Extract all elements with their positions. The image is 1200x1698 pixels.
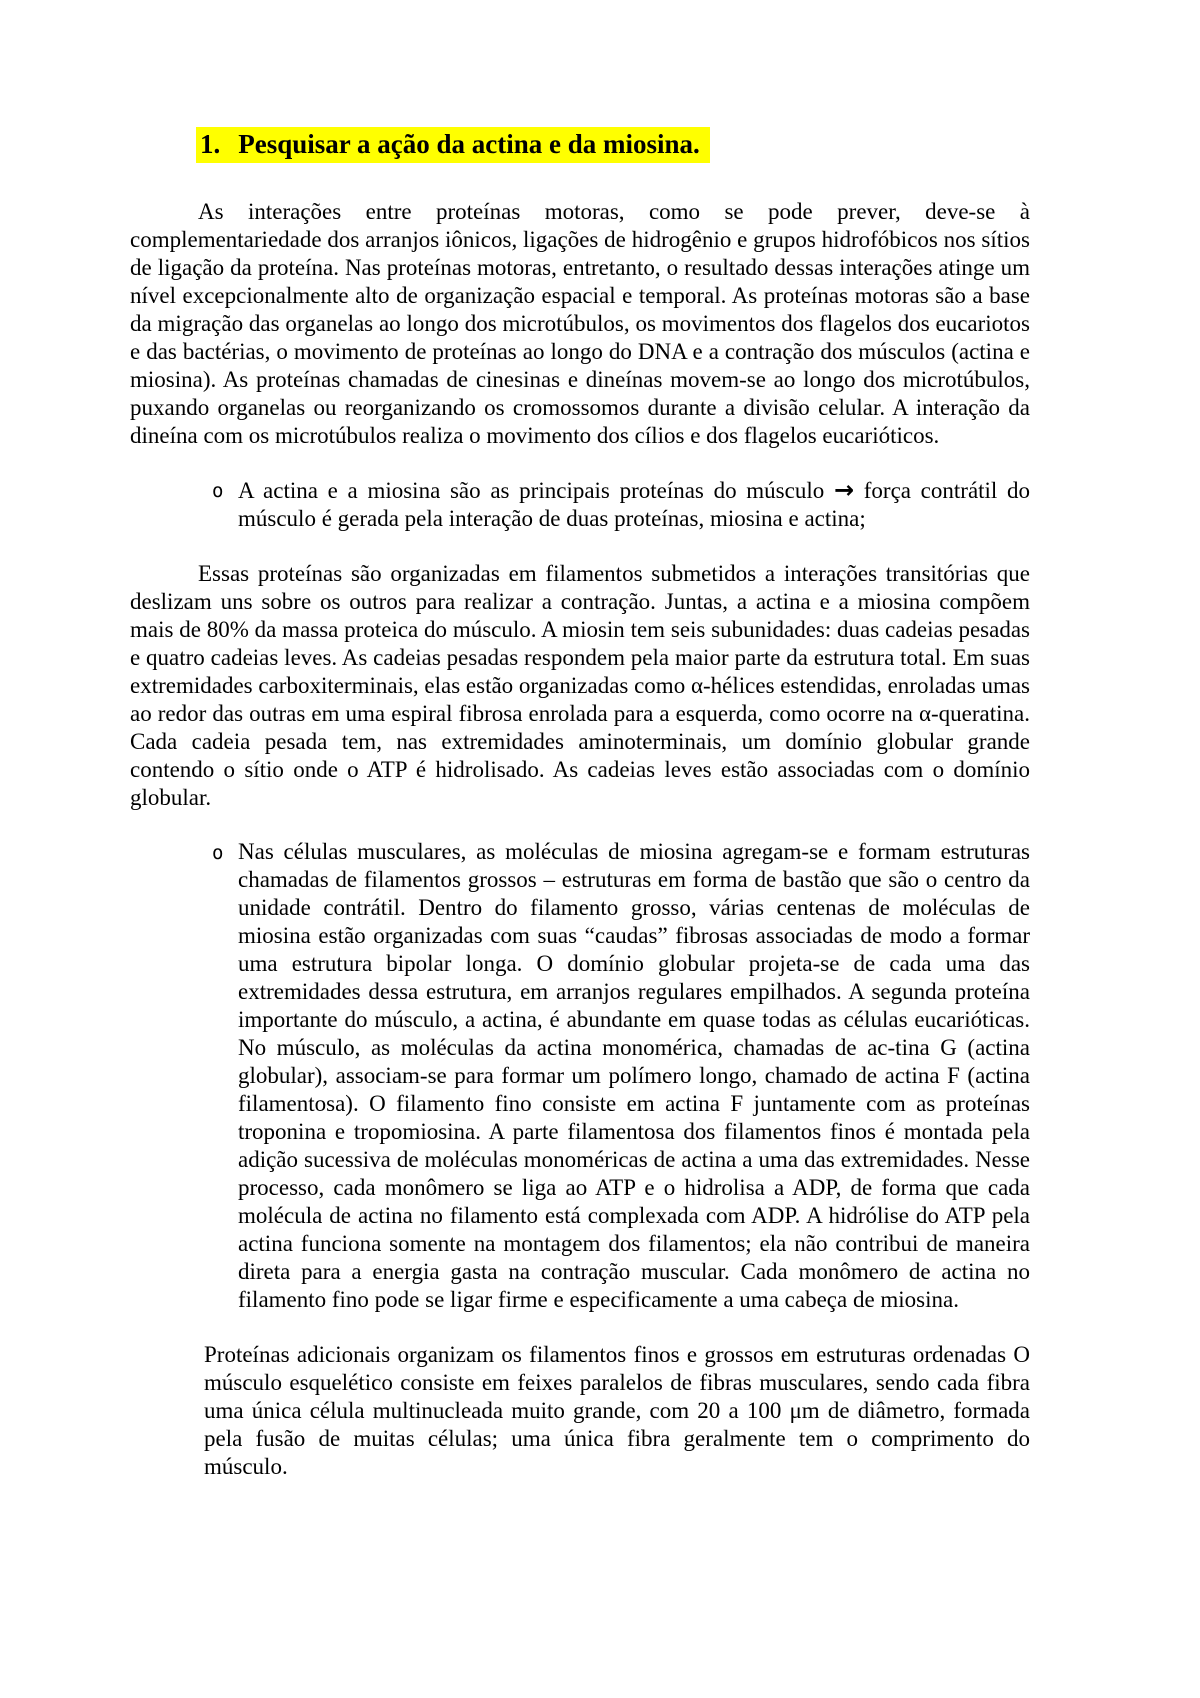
paragraph-additional-proteins: Proteínas adicionais organizam os filame… <box>204 1341 1030 1481</box>
bullet-muscle-cells-thick-filaments: o Nas células musculares, as moléculas d… <box>130 838 1030 1314</box>
document-page: 1.Pesquisar a ação da actina e da miosin… <box>0 0 1200 1698</box>
heading-title: Pesquisar a ação da actina e da miosina. <box>238 129 700 159</box>
bullet-actin-myosin-main-proteins: o A actina e a miosina são as principais… <box>130 476 1030 533</box>
heading-highlight: 1.Pesquisar a ação da actina e da miosin… <box>196 127 710 163</box>
paragraph-motor-protein-interactions: As interações entre proteínas motoras, c… <box>130 198 1030 450</box>
bullet-1-text-before-arrow: A actina e a miosina são as principais p… <box>238 478 824 503</box>
heading-number: 1. <box>200 129 220 159</box>
right-arrow-icon: → <box>834 476 854 504</box>
paragraph-filaments-and-subunits: Essas proteínas são organizadas em filam… <box>130 560 1030 812</box>
bullet-marker-icon: o <box>212 478 223 504</box>
bullet-2-text: Nas células musculares, as moléculas de … <box>238 839 1030 1312</box>
bullet-marker-icon: o <box>212 840 223 866</box>
section-heading: 1.Pesquisar a ação da actina e da miosin… <box>196 126 1030 162</box>
